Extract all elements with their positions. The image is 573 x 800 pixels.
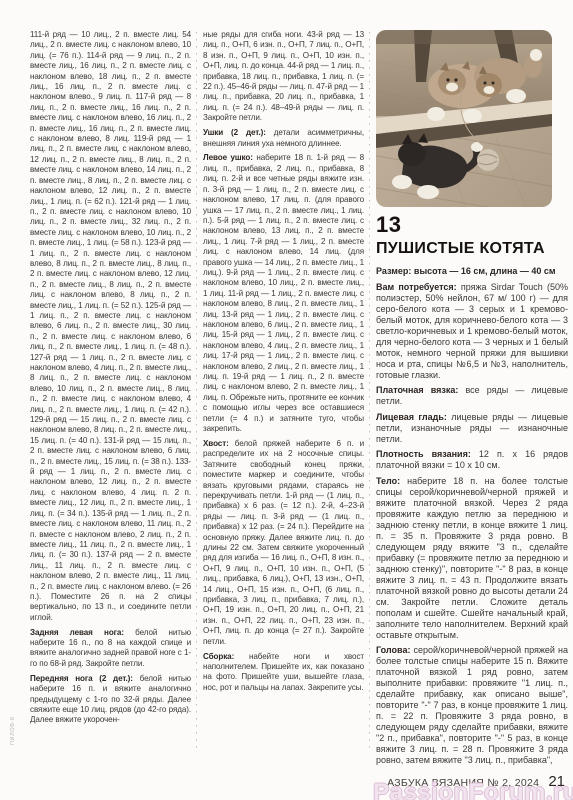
watermark: PassionForum.ru bbox=[373, 779, 573, 800]
paragraph-text: белой пряжей наберите 6 п. и распределит… bbox=[203, 439, 364, 646]
knitting-paragraph: Плотность вязания: 12 п. х 16 рядов плат… bbox=[376, 449, 568, 471]
paragraph-label: Платочная вязка: bbox=[376, 385, 458, 395]
knitting-paragraph: Ушки (2 дет.): детали асимметричны, внеш… bbox=[203, 128, 364, 149]
knitting-paragraph: 111-й ряд — 10 лиц., 2 п. вместе лиц. 54… bbox=[30, 30, 191, 623]
left-text-column: 111-й ряд — 10 лиц., 2 п. вместе лиц. 54… bbox=[30, 30, 191, 730]
paragraph-text: наберите 18 п. 1-й ряд — 8 лиц. п., приб… bbox=[203, 153, 364, 433]
column-separator bbox=[191, 30, 203, 800]
paragraph-text: ные ряды для сгиба ноги. 43-й ряд — 13 л… bbox=[203, 30, 364, 122]
knitting-paragraph: Платочная вязка: все ряды — лицевые петл… bbox=[376, 385, 568, 407]
paragraph-text: серой/коричневой/черной пряжей на более … bbox=[376, 645, 568, 765]
knitting-paragraph: ные ряды для сгиба ноги. 43-й ряд — 13 л… bbox=[203, 30, 364, 124]
right-column: 13 ПУШИСТЫЕ КОТЯТА Размер: высота — 16 с… bbox=[376, 30, 568, 771]
paragraph-label: Ушки (2 дет.): bbox=[203, 128, 266, 137]
paragraph-text: высота — 16 см, длина — 40 см bbox=[411, 266, 555, 276]
paragraph-label: Хвост: bbox=[203, 439, 229, 448]
knitting-paragraph: Левое ушко: наберите 18 п. 1-й ряд — 8 л… bbox=[203, 153, 364, 434]
knitting-paragraph: Задняя левая нога: белой нитью наберите … bbox=[30, 628, 191, 670]
middle-text-column: ные ряды для сгиба ноги. 43-й ряд — 13 л… bbox=[203, 30, 364, 698]
paragraph-label: Передняя нога (2 дет.): bbox=[30, 674, 133, 683]
pattern-number: 13 bbox=[376, 213, 568, 237]
knitting-paragraph: Голова: серой/коричневой/черной пряжей н… bbox=[376, 645, 568, 766]
paragraph-label: Левое ушко: bbox=[203, 153, 253, 162]
paragraph-label: Размер: bbox=[376, 266, 411, 276]
paragraph-label: Лицевая гладь: bbox=[376, 412, 447, 422]
column-separator bbox=[364, 30, 376, 800]
knitting-paragraph: Лицевая гладь: лицевые ряды — лицевые пе… bbox=[376, 412, 568, 445]
knitting-paragraph: Вам потребуется: пряжа Sirdar Touch (50%… bbox=[376, 282, 568, 381]
magazine-page: 111-й ряд — 10 лиц., 2 п. вместе лиц. 54… bbox=[0, 0, 573, 800]
knitting-paragraph: Хвост: белой пряжей наберите 6 п. и расп… bbox=[203, 439, 364, 647]
kittens-photo bbox=[376, 30, 552, 207]
knitting-paragraph: Передняя нога (2 дет.): белой нитью набе… bbox=[30, 674, 191, 726]
paragraph-text: наберите 18 п. на более толстые спицы се… bbox=[376, 476, 568, 640]
paragraph-label: Сборка: bbox=[203, 652, 234, 661]
paragraph-label: Голова: bbox=[376, 645, 410, 655]
paragraph-text: 111-й ряд — 10 лиц., 2 п. вместе лиц. 54… bbox=[30, 30, 191, 622]
margin-credit: ПИЛОВ-8 bbox=[10, 716, 16, 745]
paragraph-label: Тело: bbox=[376, 476, 400, 486]
pattern-title: ПУШИСТЫЕ КОТЯТА bbox=[376, 240, 568, 258]
knitting-paragraph: Размер: высота — 16 см, длина — 40 см bbox=[376, 266, 568, 277]
knitting-paragraph: Тело: наберите 18 п. на более толстые сп… bbox=[376, 476, 568, 641]
pattern-instructions: Размер: высота — 16 см, длина — 40 смВам… bbox=[376, 266, 568, 766]
paragraph-label: Вам потребуется: bbox=[376, 282, 457, 292]
paragraph-label: Плотность вязания: bbox=[376, 449, 471, 459]
paragraph-text: пряжа Sirdar Touch (50% полиэстер, 50% н… bbox=[376, 282, 568, 380]
knitting-paragraph: Сборка: набейте ноги и хвост наполнителе… bbox=[203, 652, 364, 694]
paragraph-label: Задняя левая нога: bbox=[30, 628, 124, 637]
